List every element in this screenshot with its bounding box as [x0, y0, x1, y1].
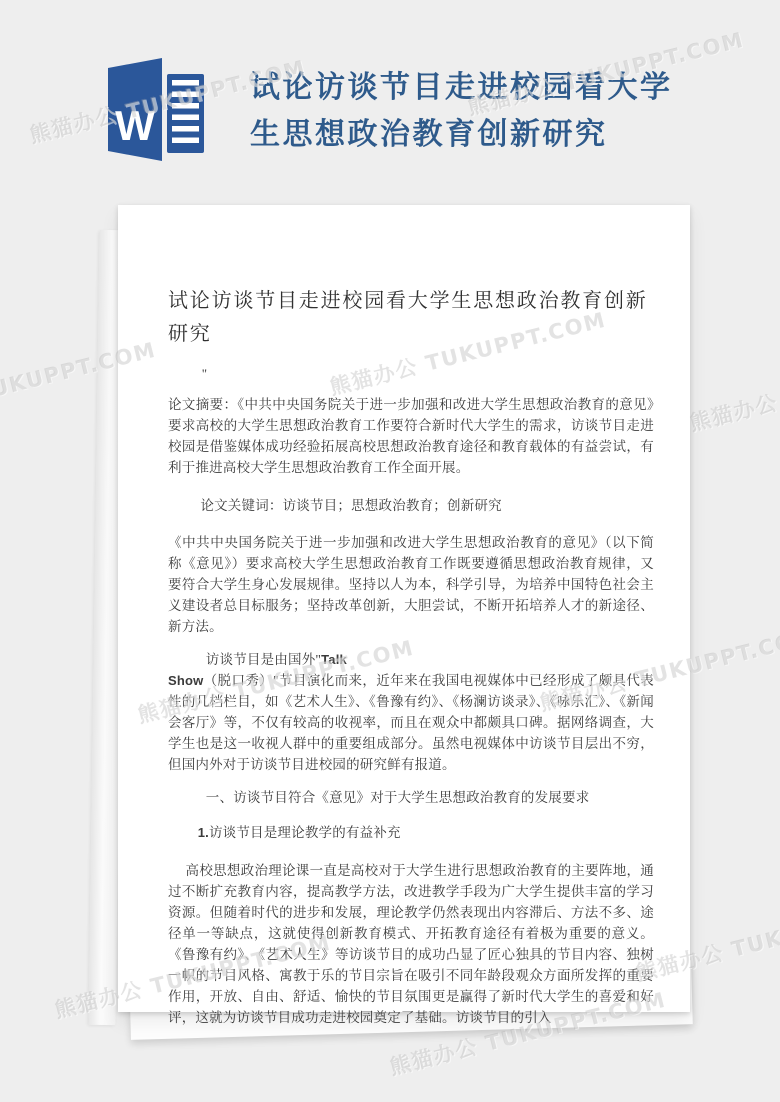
document-preview-page: W 试论访谈节目走进校园看大学生思想政治教育创新研究 试论访谈节目走进校园看大学…: [0, 0, 780, 1102]
quote-mark: ": [168, 366, 654, 382]
section-heading: 一、访谈节目符合《意见》对于大学生思想政治教育的发展要求: [168, 787, 654, 808]
sub-heading-text: 访谈节目是理论教学的有益补充: [209, 825, 401, 840]
body-paragraph: Show（脱口秀）"节目演化而来，近年来在我国电视媒体中已经形成了颇具代表性的几…: [168, 670, 654, 775]
word-icon-letter: W: [115, 102, 155, 149]
body-paragraph: 《中共中央国务院关于进一步加强和改进大学生思想政治教育的意见》（以下简称《意见》…: [168, 532, 654, 637]
abstract-paragraph: 论文摘要：《中共中央国务院关于进一步加强和改进大学生思想政治教育的意见》要求高校…: [168, 394, 654, 478]
document-title: 试论访谈节目走进校园看大学生思想政治教育创新研究: [168, 285, 654, 351]
header: W 试论访谈节目走进校园看大学生思想政治教育创新研究: [0, 0, 780, 200]
paragraph-text-bold: Talk: [321, 652, 347, 667]
paragraph-text-bold: Show: [168, 673, 203, 688]
sub-heading: 1.访谈节目是理论教学的有益补充: [168, 822, 654, 843]
body-paragraph: 访谈节目是由国外"Talk: [168, 649, 654, 670]
body-paragraph: 高校思想政治理论课一直是高校对于大学生进行思想政治教育的主要阵地，通过不断扩充教…: [168, 860, 654, 1028]
paragraph-text: 访谈节目是由国外": [206, 652, 321, 667]
watermark: 熊猫办公 TUKUPPT.COM: [686, 340, 780, 438]
sub-heading-number: 1.: [198, 825, 209, 840]
document-page: 试论访谈节目走进校园看大学生思想政治教育创新研究 " 论文摘要：《中共中央国务院…: [118, 205, 690, 1012]
paragraph-text: （脱口秀）"节目演化而来，近年来在我国电视媒体中已经形成了颇具代表性的几档栏目，…: [168, 673, 654, 772]
page-title: 试论访谈节目走进校园看大学生思想政治教育创新研究: [250, 64, 680, 158]
word-icon: W: [106, 58, 211, 168]
keywords-line: 论文关键词：访谈节目；思想政治教育；创新研究: [168, 495, 654, 516]
